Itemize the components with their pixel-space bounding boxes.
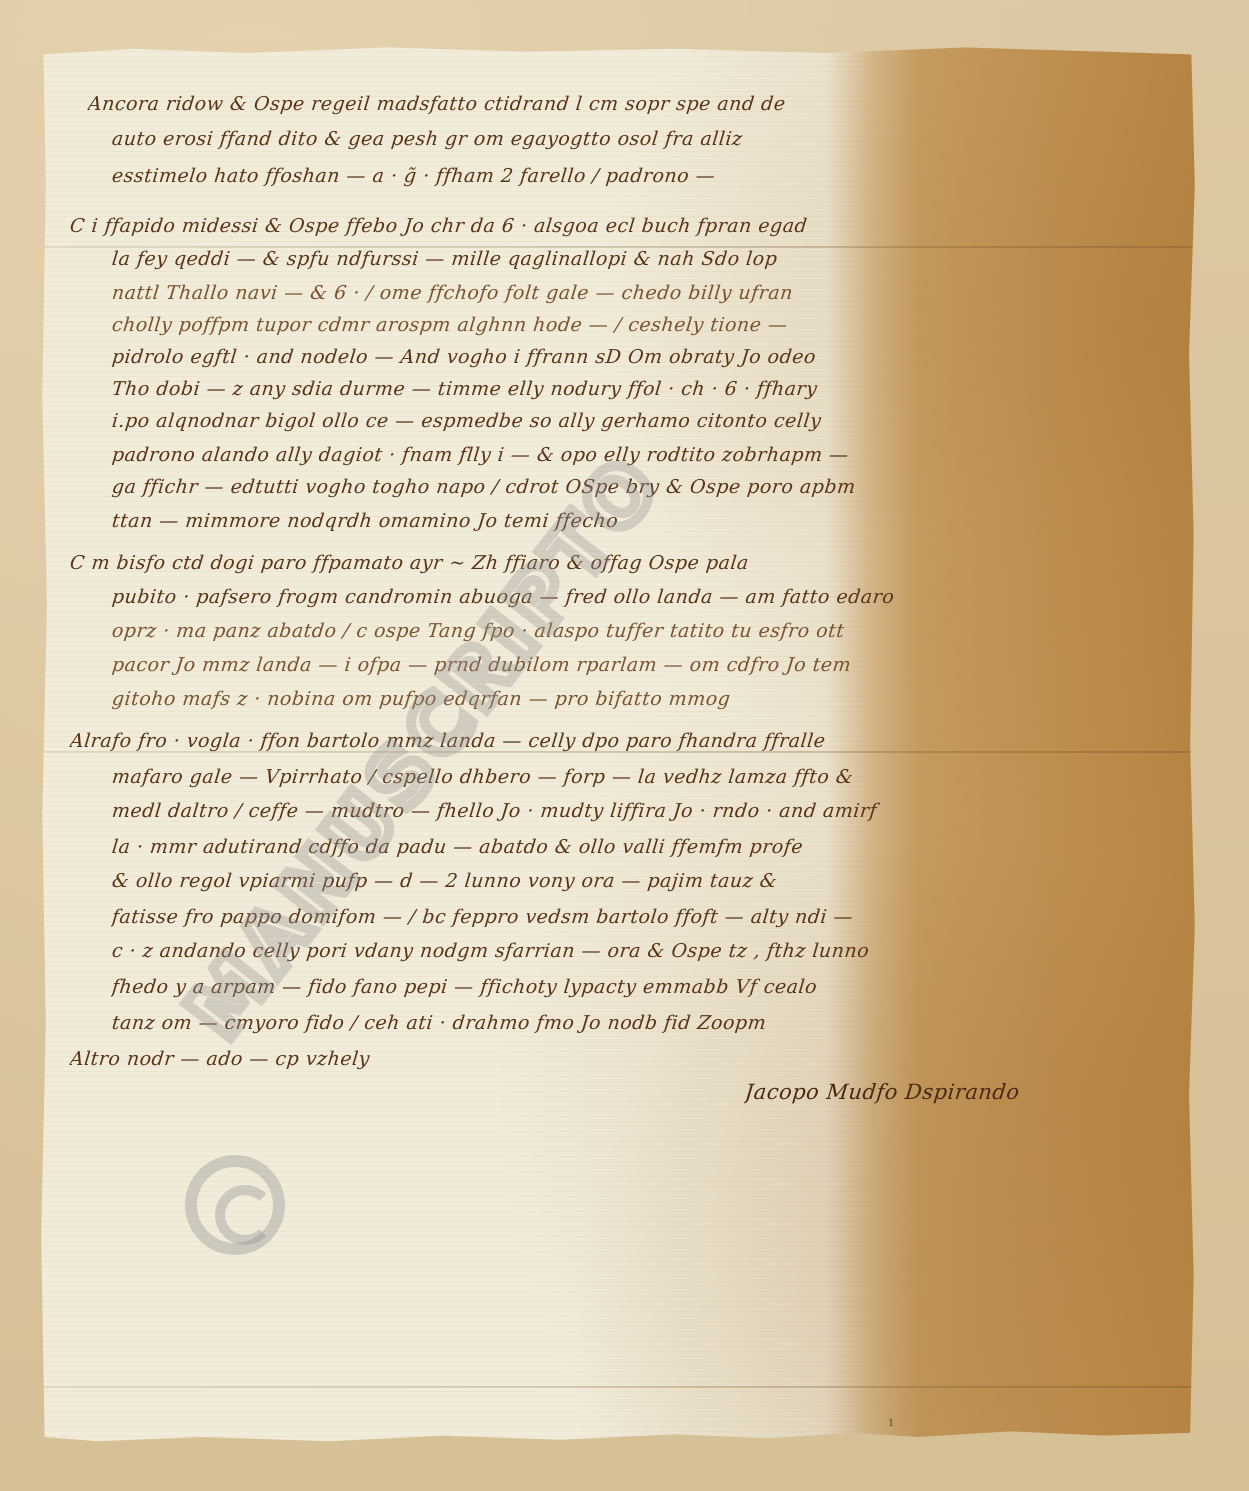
letter-line: fhedo y a arpam — fido fano pepi — ffich… xyxy=(111,976,1173,998)
letter-line: Altro nodr — ado — cp vzhely xyxy=(69,1048,531,1070)
letter-line: la · mmr adutirand cdffo da padu — abatd… xyxy=(111,836,1173,858)
letter-line: C m bisfo ctd dogi paro ffpamato ayr ~ Z… xyxy=(69,552,1171,574)
signature: Jacopo Mudfo Dspirando xyxy=(744,1080,1177,1104)
letter-line: pacor Jo mmz landa — i ofpa — prnd dubil… xyxy=(111,654,1173,676)
letter-line: cholly poffpm tupor cdmr arospm alghnn h… xyxy=(111,314,1173,336)
letter-line: mafaro gale — Vpirrhato / cspello dhbero… xyxy=(111,766,1173,788)
letter-line: tanz om — cmyoro fido / ceh ati · drahmo… xyxy=(111,1012,1173,1034)
letter-line: pubito · pafsero frogm candromin abuoga … xyxy=(111,586,1173,608)
letter-line: medl daltro / ceffe — mudtro — fhello Jo… xyxy=(111,800,1173,822)
letter-body: Ancora ridow & Ospe regeil madsfatto cti… xyxy=(0,0,1249,1491)
letter-line: Alrafo fro · vogla · ffon bartolo mmz la… xyxy=(69,730,1171,752)
letter-line: oprz · ma panz abatdo / c ospe Tang fpo … xyxy=(111,620,1173,642)
letter-line: ttan — mimmore nodqrdh omamino Jo temi f… xyxy=(111,510,833,532)
letter-line: gitoho mafs z · nobina om pufpo edqrfan … xyxy=(111,688,1033,710)
letter-line: nattl Thallo navi — & 6 · / ome ffchofo … xyxy=(111,282,1173,304)
letter-line: Ancora ridow & Ospe regeil madsfatto cti… xyxy=(87,93,1169,115)
letter-line: pidrolo egftl · and nodelo — And vogho i… xyxy=(111,346,1173,368)
letter-line: la fey qeddi — & spfu ndfurssi — mille q… xyxy=(111,248,1173,270)
letter-line: Tho dobi — z any sdia durme — timme elly… xyxy=(111,378,1173,400)
letter-line: esstimelo hato ffoshan — a · g̃ · ffham … xyxy=(111,165,973,187)
copyright-watermark-icon xyxy=(185,1155,285,1255)
letter-line: & ollo regol vpiarmi pufp — d — 2 lunno … xyxy=(111,870,1173,892)
letter-line: ga ffichr — edtutti vogho togho napo / c… xyxy=(111,476,1173,498)
letter-line: i.po alqnodnar bigol ollo ce — espmedbe … xyxy=(111,410,1173,432)
letter-line: fatisse fro pappo domifom — / bc feppro … xyxy=(111,906,1173,928)
letter-line: auto erosi ffand dito & gea pesh gr om e… xyxy=(111,128,1173,150)
letter-line: padrono alando ally dagiot · fnam flly i… xyxy=(111,444,1173,466)
letter-line: c · z andando celly pori vdany nodgm sfa… xyxy=(111,940,1173,962)
page-mark: 1 xyxy=(888,1418,894,1429)
letter-line: C i ffapido midessi & Ospe ffebo Jo chr … xyxy=(69,215,1171,237)
